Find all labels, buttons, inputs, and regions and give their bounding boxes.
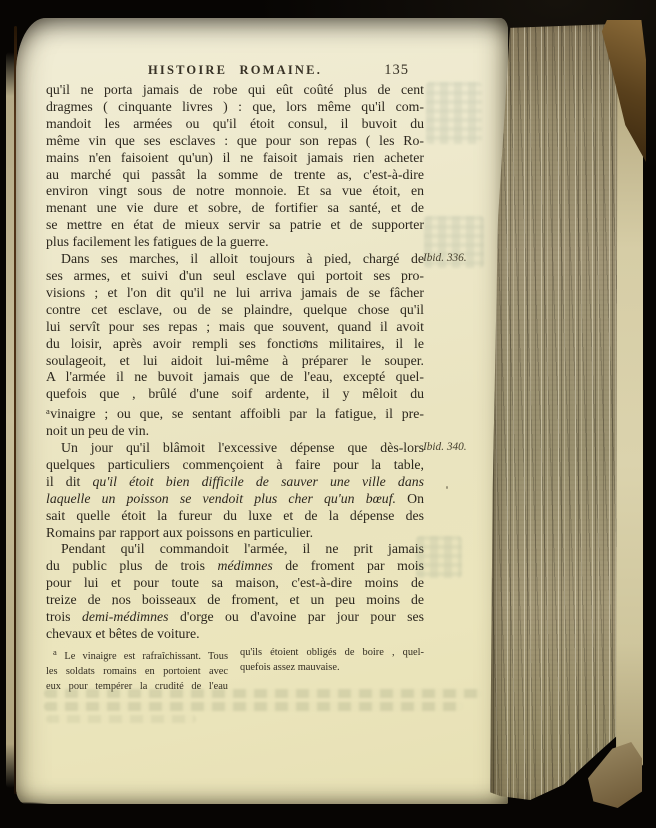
text-line: quelques particuliers commençoient à fai… — [46, 457, 424, 474]
text-line: a Le vinaigre est rafraîchissant. Tous — [46, 645, 228, 664]
page-number: 135 — [359, 62, 409, 79]
text-line: contre cet esclave, ou de se plaindre, q… — [46, 302, 424, 319]
text-line: Romains par rapport aux poissons en part… — [46, 525, 424, 542]
text-line: qu'il ne porta jamais de robe qui eût co… — [46, 82, 424, 99]
text-line: il dit qu'il étoit bien difficile de sau… — [46, 474, 424, 491]
text-line: avinaigre ; ou que, se sentant affoibli … — [46, 403, 424, 423]
book-page: HISTOIRE ROMAINE. 135 qu'il ne porta jam… — [16, 18, 508, 804]
text-line: noit un peu de vin. — [46, 423, 424, 440]
text-line: pour lui et pour toute sa maison, c'est-… — [46, 575, 424, 592]
text-line: Pendant qu'il commandoit l'armée, il ne … — [46, 541, 424, 558]
text-line: laquelle un poisson se vendoit plus cher… — [46, 491, 424, 508]
text-line: mandoit les armées ou qu'il étoit consul… — [46, 116, 424, 133]
footnote-column-2: qu'ils étoient obligés de boire , quel-q… — [240, 645, 424, 695]
text-line: chevaux et bêtes de voiture. — [46, 626, 424, 643]
text-line: lui servît pour ses repas ; mais que sou… — [46, 319, 424, 336]
text-line: menant une vie dure et sobre, de fortifi… — [46, 200, 424, 217]
text-line: visions ; et l'on dit qu'il ne lui arriv… — [46, 285, 424, 302]
ghost-show-through-line — [44, 689, 482, 698]
dust-speck — [304, 340, 307, 343]
scan-background: { "page": { "header": { "title": "HISTOI… — [0, 0, 656, 828]
text-line: treize de nos boisseaux de froment, et u… — [46, 592, 424, 609]
text-line: plus facilement les fatigues de la guerr… — [46, 234, 424, 251]
body-text: qu'il ne porta jamais de robe qui eût co… — [46, 82, 424, 643]
text-line: environ vingt sous de notre monnoie. Et … — [46, 183, 424, 200]
text-line: qu'ils étoient obligés de boire , quel- — [240, 645, 424, 660]
text-line: du public plus de trois médimnes de from… — [46, 558, 424, 575]
margin-note: Ibid. 340. — [423, 441, 495, 453]
text-line: trois demi-médimnes d'orge ou d'avoine p… — [46, 609, 424, 626]
footnote-column-1: a Le vinaigre est rafraîchissant. Tousle… — [46, 645, 228, 695]
text-line: dragmes ( cinquante livres ) : que, lors… — [46, 99, 424, 116]
margin-note: Ibid. 336. — [423, 252, 495, 264]
text-line: au marché qui passât la somme de trente … — [46, 167, 424, 184]
text-line: quefois que , brûlé d'une soif ardente, … — [46, 386, 424, 403]
dust-speck — [446, 486, 448, 489]
ghost-show-through-line — [46, 715, 196, 723]
text-line: Dans ses marches, il alloit toujours à p… — [46, 251, 424, 268]
text-line: soulageoit, et lui aidoit lui-même à pré… — [46, 353, 424, 370]
ghost-show-through-patch — [416, 536, 462, 578]
text-line: Un jour qu'il blâmoit l'excessive dépens… — [46, 440, 424, 457]
text-line: du loisir, après avoir rempli ses foncti… — [46, 336, 424, 353]
text-line: ses armes, et suivi d'un seul esclave qu… — [46, 268, 424, 285]
text-line: les soldats romains en portoient avec — [46, 664, 228, 679]
outer-page-edge — [616, 70, 643, 786]
text-line: se mettre en état de mieux servir sa pat… — [46, 217, 424, 234]
ghost-show-through-line — [44, 702, 464, 711]
bottom-left-shadow — [0, 752, 160, 828]
text-line: sait quelle étoit la fureur du luxe et d… — [46, 508, 424, 525]
dust-speck — [112, 603, 114, 605]
text-line: même vin que ses esclaves : que pour son… — [46, 133, 424, 150]
text-line: A l'armée il ne buvoit jamais que de l'e… — [46, 369, 424, 386]
text-line: mains n'en faisoient qu'un) il ne faisoi… — [46, 150, 424, 167]
footnote: a Le vinaigre est rafraîchissant. Tousle… — [46, 645, 424, 695]
fore-edge-page-stack — [490, 24, 624, 800]
text-line: quefois assez mauvaise. — [240, 660, 424, 675]
ghost-show-through-patch — [426, 82, 482, 144]
